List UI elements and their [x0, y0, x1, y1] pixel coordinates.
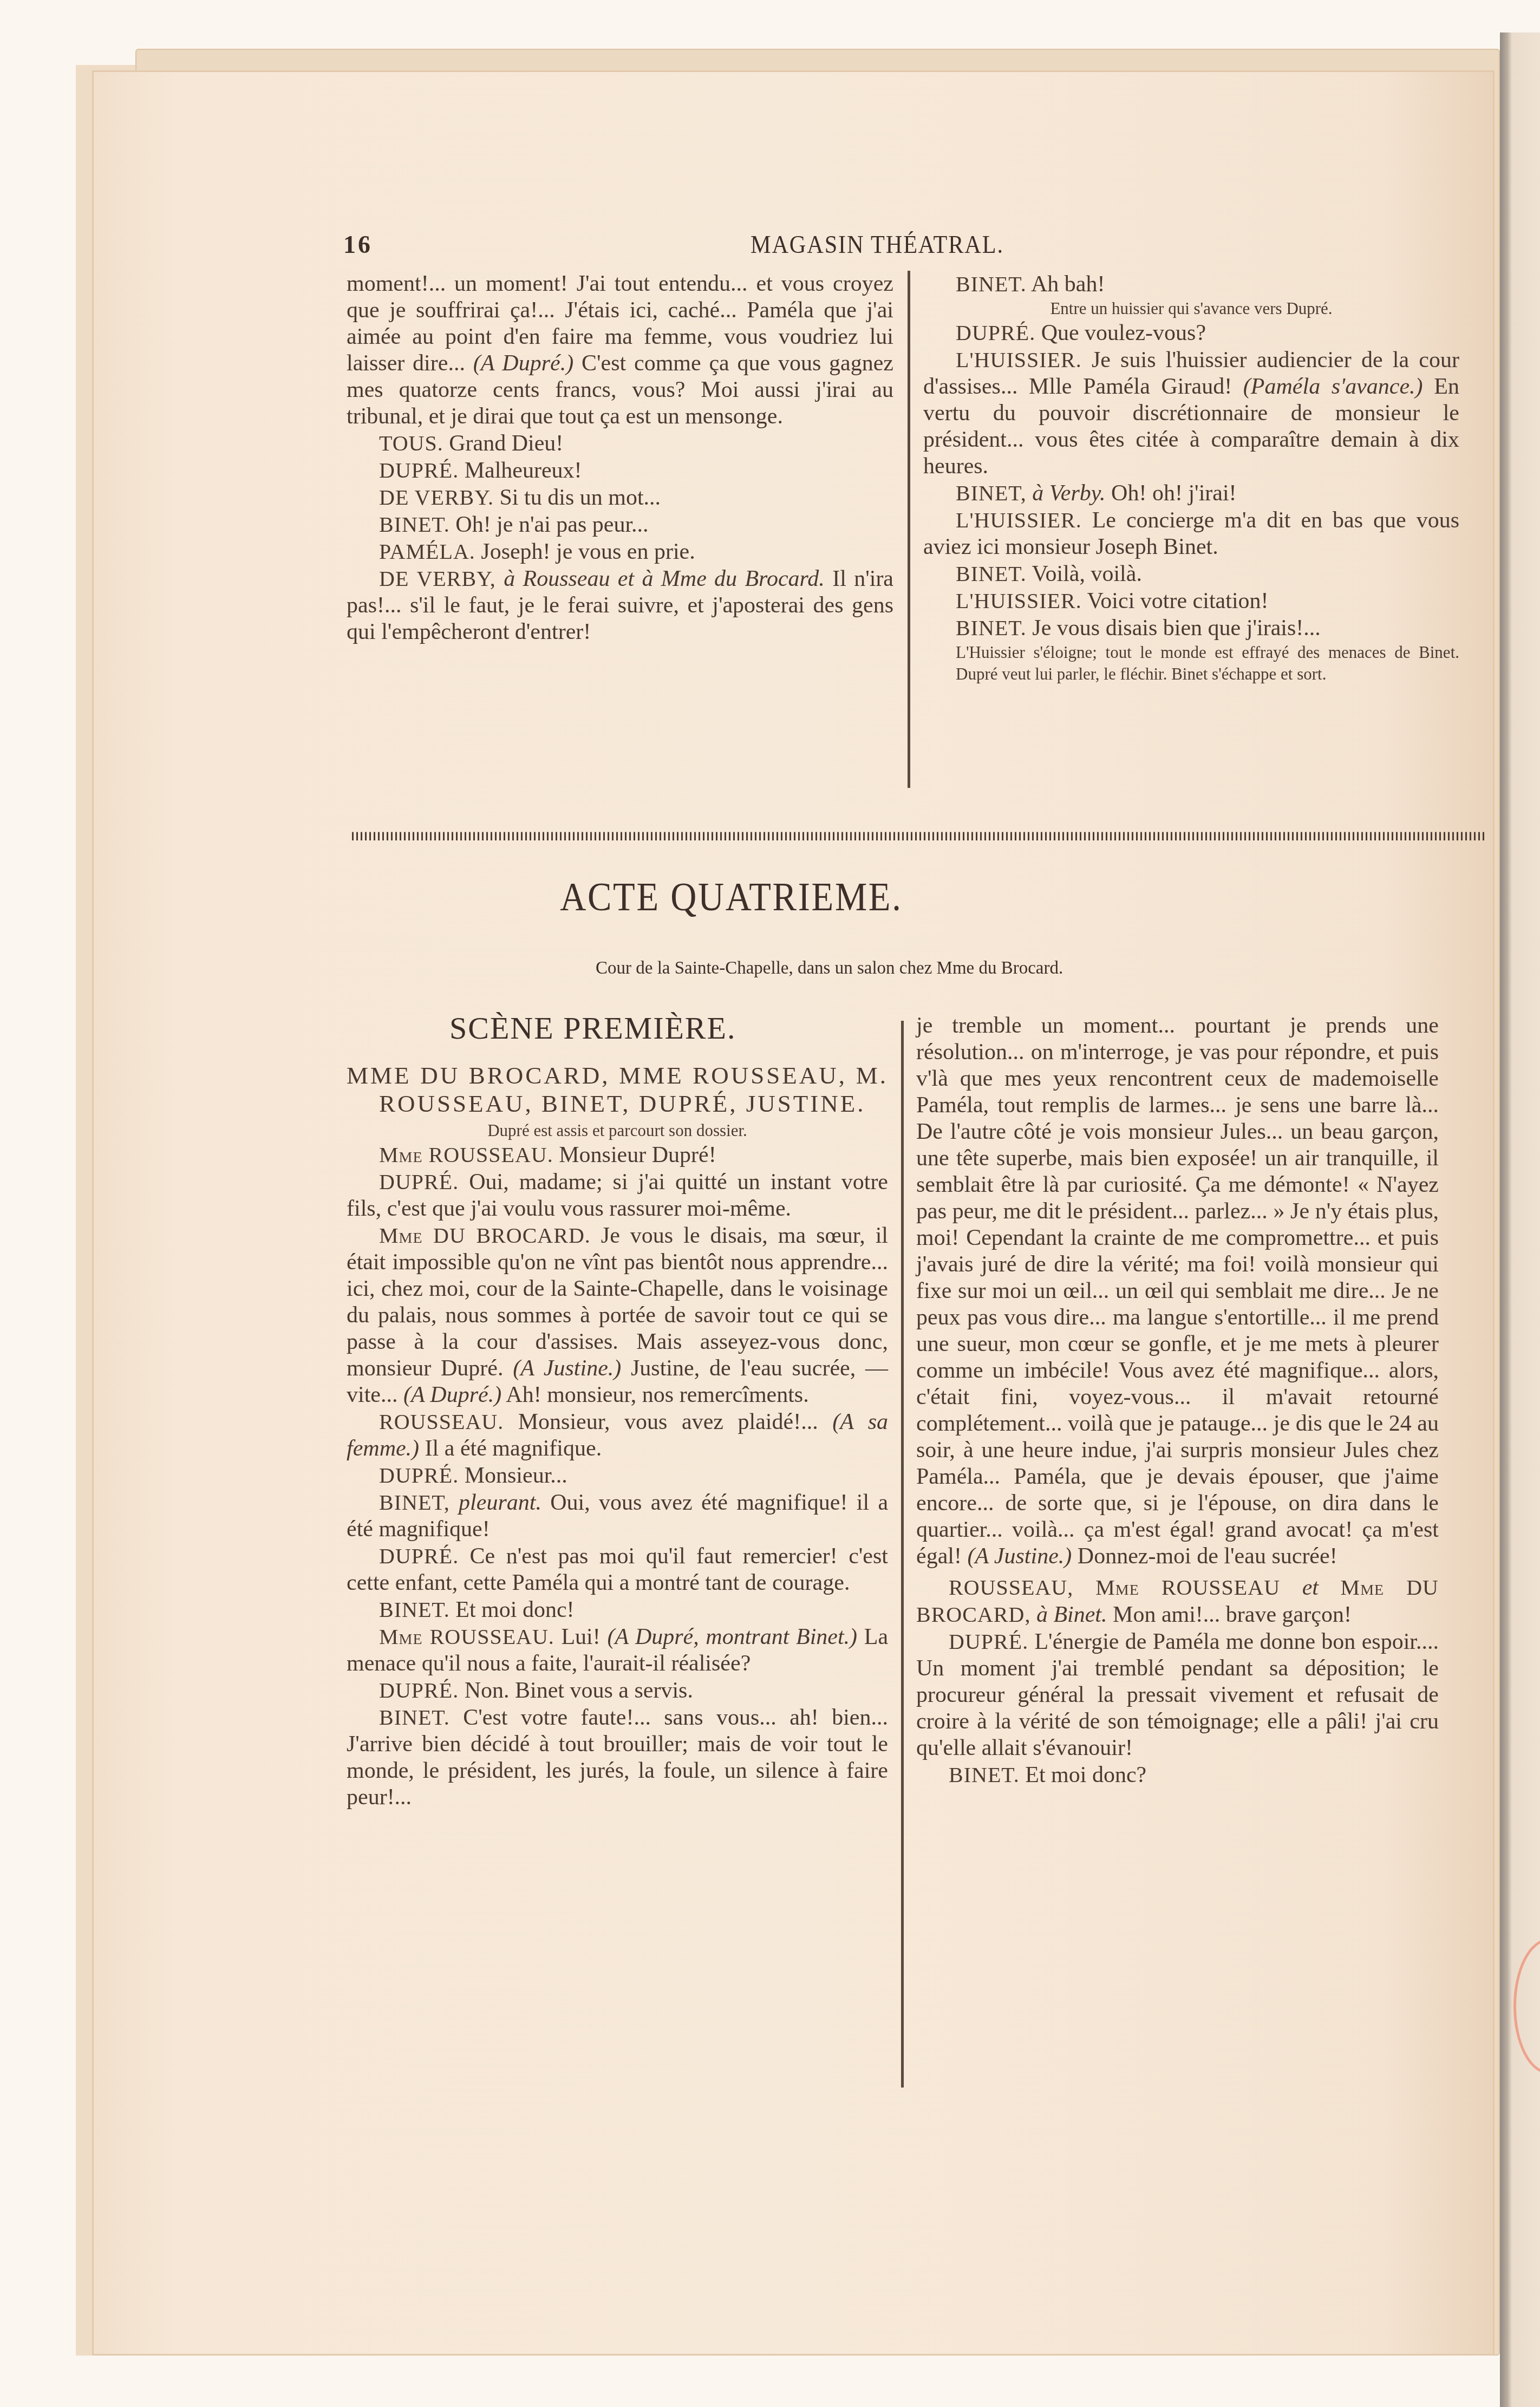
speaker: BINET,: [956, 481, 1027, 505]
speech: ROUSSEAU. Monsieur, vous avez plaidé!...…: [347, 1408, 888, 1462]
speech: L'HUISSIER. Voici votre citation!: [923, 588, 1459, 615]
speaker: BINET.: [379, 1597, 450, 1622]
speech: Mme ROUSSEAU. Monsieur Dupré!: [347, 1141, 888, 1169]
speech: BINET. Et moi donc?: [916, 1762, 1439, 1789]
speaker: ROUSSEAU.: [379, 1410, 504, 1434]
speech: PAMÉLA. Joseph! je vous en prie.: [347, 538, 893, 565]
speech-text: Mon ami!... brave garçon!: [1113, 1602, 1352, 1627]
speech-text: Non. Binet vous a servis.: [465, 1678, 693, 1703]
speaker: Mme ROUSSEAU.: [379, 1143, 553, 1167]
speaker: Mme ROUSSEAU.: [379, 1625, 554, 1649]
speech-text: Si tu dis un mot...: [500, 485, 661, 510]
speaker: BINET,: [379, 1490, 450, 1515]
speech: je tremble un moment... pourtant je pren…: [916, 1013, 1439, 1570]
stage-direction: à Verby.: [1032, 481, 1105, 506]
speaker: BINET.: [956, 272, 1027, 296]
speaker: DE VERBY,: [379, 566, 496, 591]
stage-direction: (A Justine.): [967, 1544, 1072, 1569]
speech-text: Oh! je n'ai pas peur...: [455, 512, 648, 537]
speech-text: Grand Dieu!: [449, 431, 563, 456]
speech-text: Malheureux!: [465, 458, 582, 483]
scene-setting: Cour de la Sainte-Chapelle, dans un salo…: [596, 958, 1063, 979]
bottom-right-column: je tremble un moment... pourtant je pren…: [916, 1013, 1439, 1789]
speech: DUPRÉ. Ce n'est pas moi qu'il faut remer…: [347, 1543, 888, 1596]
top-left-column: moment!... un moment! J'ai tout entendu.…: [347, 271, 893, 645]
speech: DUPRÉ. Oui, madame; si j'ai quitté un in…: [347, 1169, 888, 1222]
speaker: DUPRÉ.: [379, 1463, 459, 1488]
speech: BINET. Oh! je n'ai pas peur...: [347, 511, 893, 538]
speaker: BINET.: [956, 616, 1027, 640]
speech: DE VERBY, à Rousseau et à Mme du Brocard…: [347, 565, 893, 645]
speaker: DUPRÉ.: [379, 1678, 459, 1702]
speaker: BINET.: [379, 512, 450, 537]
stage-direction: (A Dupré.): [403, 1382, 501, 1407]
speaker: L'HUISSIER.: [956, 348, 1082, 372]
speech: BINET. Voilà, voilà.: [923, 560, 1459, 588]
speaker: TOUS.: [379, 431, 443, 455]
speech-text: Monsieur...: [465, 1463, 567, 1488]
speaker: Mme DU BROCARD.: [379, 1223, 591, 1248]
speaker: L'HUISSIER.: [956, 508, 1082, 532]
speaker: L'HUISSIER.: [956, 589, 1082, 613]
speech-text: Voici votre citation!: [1087, 589, 1268, 614]
running-head: MAGASIN THÉATRAL.: [751, 230, 1004, 259]
speech: DUPRÉ. Malheureux!: [347, 457, 893, 484]
stage-direction: Entre un huissier qui s'avance vers Dupr…: [923, 298, 1459, 319]
stage-direction: à Rousseau et à Mme du Brocard.: [504, 566, 825, 591]
stage-direction: (A Dupré, montrant Binet.): [607, 1625, 857, 1649]
speech-text: Je vous disais bien que j'irais!...: [1032, 616, 1321, 641]
stage-direction: L'Huissier s'éloigne; tout le monde est …: [923, 642, 1459, 685]
speech: DUPRÉ. Que voulez-vous?: [923, 319, 1459, 347]
speech-text: Et moi donc?: [1025, 1763, 1146, 1788]
speaker: DUPRÉ.: [379, 1544, 459, 1568]
speaker: BINET.: [379, 1705, 450, 1730]
speaker: DUPRÉ.: [949, 1629, 1028, 1654]
column-divider: [901, 1021, 904, 2088]
speech: TOUS. Grand Dieu!: [347, 430, 893, 457]
stage-direction: pleurant.: [459, 1490, 541, 1515]
speech: moment!... un moment! J'ai tout entendu.…: [347, 271, 893, 430]
speech: Mme ROUSSEAU. Lui! (A Dupré, montrant Bi…: [347, 1623, 888, 1677]
stage-direction: à Binet.: [1036, 1602, 1107, 1627]
speech-text: Monsieur, vous avez plaidé!...: [518, 1410, 832, 1434]
page-number: 16: [343, 230, 373, 259]
speaker: DUPRÉ.: [379, 458, 459, 482]
act-title: ACTE QUATRIEME.: [0, 875, 1256, 921]
speech: ROUSSEAU, Mme ROUSSEAU et Mme DU BROCARD…: [916, 1574, 1439, 1628]
cast-list: Mme DU BROCARD, Mme ROUSSEAU, M. ROUSSEA…: [347, 1061, 888, 1118]
speech-text: Ah bah!: [1031, 272, 1105, 297]
speaker: DUPRÉ.: [379, 1170, 459, 1194]
speech: L'HUISSIER. Le concierge m'a dit en bas …: [923, 507, 1459, 560]
speech: DUPRÉ. Monsieur...: [347, 1462, 888, 1489]
speech: BINET. C'est votre faute!... sans vous..…: [347, 1704, 888, 1811]
speech: DUPRÉ. L'énergie de Paméla me donne bon …: [916, 1628, 1439, 1762]
speech-text: Oh! oh! j'irai!: [1111, 481, 1237, 506]
top-right-column: BINET. Ah bah! Entre un huissier qui s'a…: [923, 271, 1459, 685]
speech: BINET, à Verby. Oh! oh! j'irai!: [923, 480, 1459, 507]
stage-direction: et: [1302, 1575, 1319, 1600]
speaker: DUPRÉ.: [956, 321, 1035, 345]
speech: BINET. Je vous disais bien que j'irais!.…: [923, 615, 1459, 642]
speaker: BINET.: [956, 562, 1027, 586]
stage-direction: Dupré est assis et parcourt son dossier.: [347, 1120, 888, 1141]
stage-direction: (A Dupré.): [473, 351, 573, 376]
scene-title: SCÈNE PREMIÈRE.: [449, 1010, 736, 1046]
speech-text: Et moi donc!: [455, 1597, 574, 1622]
speaker: BINET.: [949, 1763, 1020, 1787]
speech-text: Joseph! je vous en prie.: [481, 539, 695, 564]
speaker: ROUSSEAU, Mme ROUSSEAU: [949, 1575, 1280, 1600]
speech: DUPRÉ. Non. Binet vous a servis.: [347, 1677, 888, 1704]
speech-text: je tremble un moment... pourtant je pren…: [916, 1013, 1439, 1569]
speech: L'HUISSIER. Je suis l'huissier audiencie…: [923, 347, 1459, 480]
speech: BINET. Et moi donc!: [347, 1596, 888, 1623]
speech-text: Voilà, voilà.: [1032, 562, 1142, 586]
act-title-text: ACTE QUATRIEME.: [560, 875, 902, 921]
speech-text: Donnez-moi de l'eau sucrée!: [1072, 1544, 1337, 1569]
speech-text: Monsieur Dupré!: [559, 1143, 716, 1167]
speech-text: Il a été magnifique.: [419, 1436, 602, 1461]
speech: BINET, pleurant. Oui, vous avez été magn…: [347, 1489, 888, 1543]
speaker: PAMÉLA.: [379, 539, 475, 564]
stage-direction: (A Justine.): [513, 1356, 621, 1381]
speech-text: Que voulez-vous?: [1041, 321, 1206, 345]
speech: Mme DU BROCARD. Je vous le disais, ma sœ…: [347, 1222, 888, 1408]
speaker: DE VERBY.: [379, 485, 494, 510]
bottom-left-column: Mme DU BROCARD, Mme ROUSSEAU, M. ROUSSEA…: [347, 1061, 888, 1811]
speech-text: Lui!: [561, 1625, 607, 1649]
speech-text: Ah! monsieur, nos remercîments.: [501, 1382, 809, 1407]
speech: DE VERBY. Si tu dis un mot...: [347, 484, 893, 511]
stage-direction: (Paméla s'avance.): [1243, 374, 1423, 399]
column-divider: [908, 271, 910, 788]
speech: BINET. Ah bah!: [923, 271, 1459, 298]
